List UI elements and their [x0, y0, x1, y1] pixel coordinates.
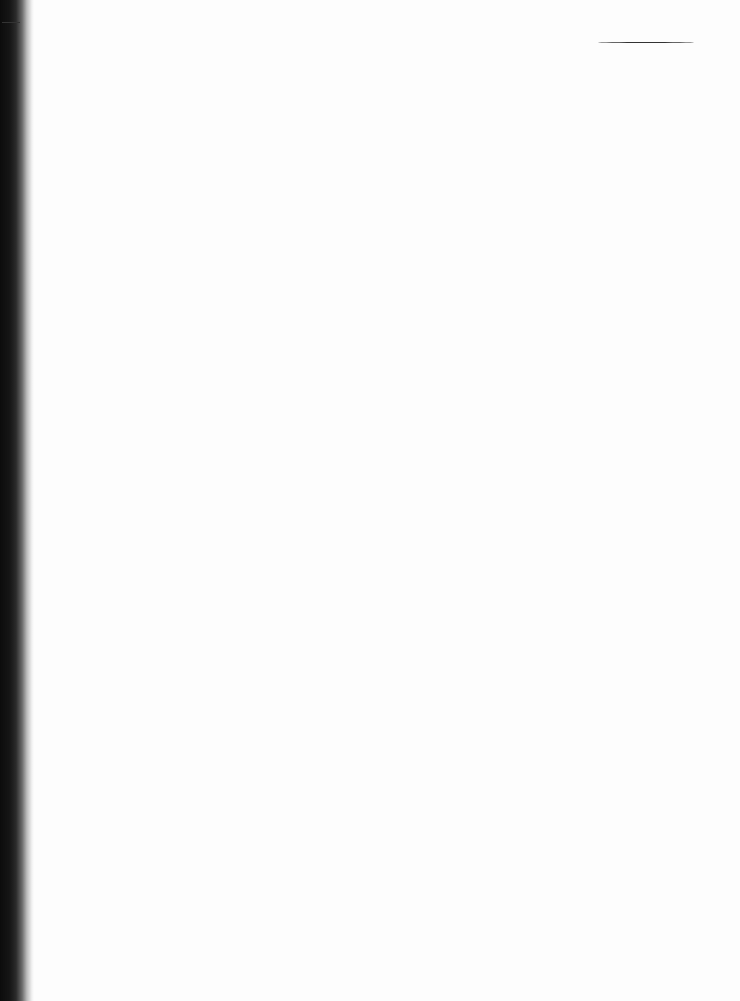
binding-shadow	[0, 0, 34, 1001]
page-number-underline	[598, 42, 694, 43]
document-page	[0, 0, 740, 1001]
previous-page-fragment	[2, 22, 20, 23]
page-number	[590, 8, 700, 44]
